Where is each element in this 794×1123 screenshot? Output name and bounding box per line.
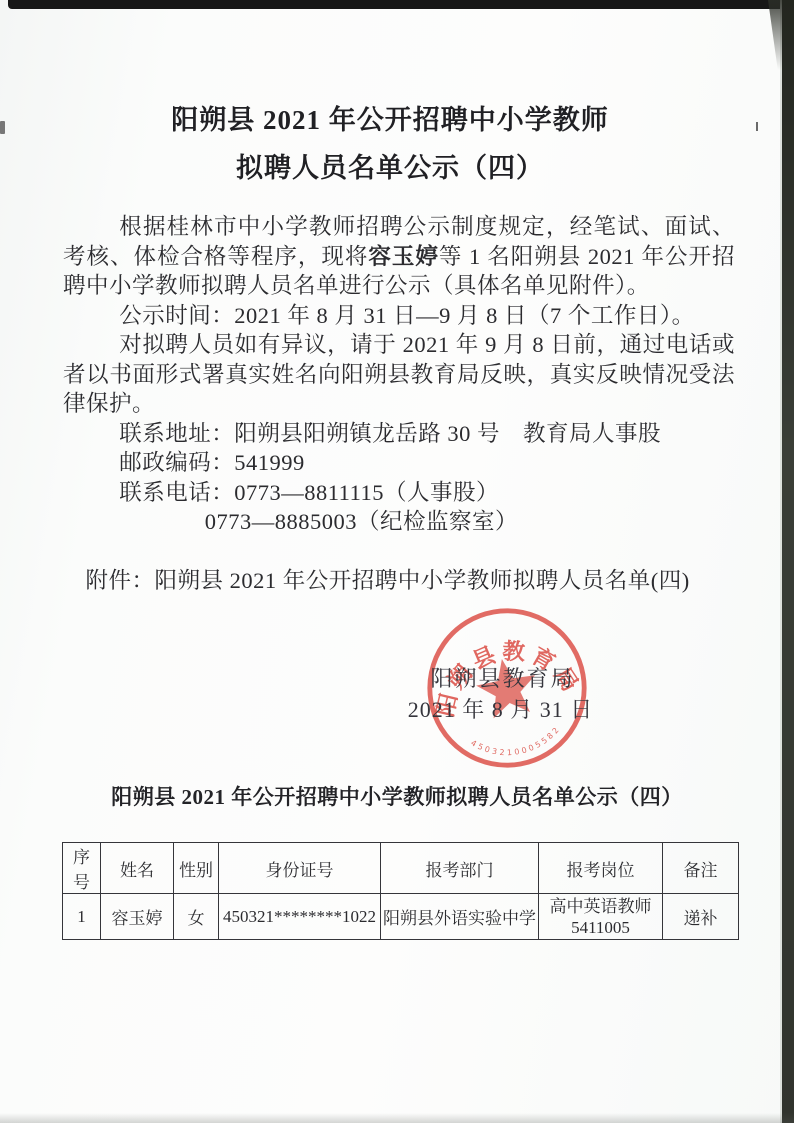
document-title: 阳朔县 2021 年公开招聘中小学教师 拟聘人员名单公示（四） (0, 96, 780, 192)
table-header-row: 序号 姓名 性别 身份证号 报考部门 报考岗位 备注 (63, 843, 739, 894)
attachment-table-title: 阳朔县 2021 年公开招聘中小学教师拟聘人员名单公示（四） (0, 782, 794, 812)
scan-edge-bottom (0, 1113, 794, 1123)
roster-table: 序号 姓名 性别 身份证号 报考部门 报考岗位 备注 1 容玉婷 女 45032… (62, 842, 739, 940)
header-department: 报考部门 (381, 843, 539, 894)
header-id-number: 身份证号 (219, 843, 381, 894)
cell-department: 阳朔县外语实验中学 (381, 894, 539, 940)
table-row: 1 容玉婷 女 450321********1022 阳朔县外语实验中学 高中英… (63, 894, 739, 940)
scanned-document-page: 阳朔县 2021 年公开招聘中小学教师 拟聘人员名单公示（四） 根据桂林市中小学… (0, 0, 794, 1123)
header-position: 报考岗位 (539, 843, 663, 894)
header-name: 姓名 (101, 843, 174, 894)
paragraph-objection: 对拟聘人员如有异议，请于 2021 年 9 月 8 日前，通过电话或者以书面形式… (63, 330, 735, 419)
paragraph-publicity-period: 公示时间：2021 年 8 月 31 日—9 月 8 日（7 个工作日）。 (63, 301, 735, 331)
scan-edge-right (780, 0, 794, 1123)
phone-line-1: 联系电话：0773—8811115（人事股） (63, 478, 735, 508)
scan-edge-right-wedge (768, 0, 782, 70)
header-gender: 性别 (174, 843, 219, 894)
phone-line-2: 0773—8885003（纪检监察室） (63, 507, 735, 537)
header-note: 备注 (663, 843, 739, 894)
cell-seq: 1 (63, 894, 101, 940)
cell-note: 递补 (663, 894, 739, 940)
document-title-line2: 拟聘人员名单公示（四） (0, 144, 780, 192)
cell-position: 高中英语教师 5411005 (539, 894, 663, 940)
signature-date: 2021 年 8 月 31 日 (388, 693, 613, 724)
document-title-line1: 阳朔县 2021 年公开招聘中小学教师 (0, 96, 780, 144)
scan-edge-top (8, 0, 794, 9)
postal-code-line: 邮政编码：541999 (63, 448, 735, 478)
cell-position-code: 5411005 (541, 917, 660, 938)
cell-id-number: 450321********1022 (219, 894, 381, 940)
cell-name: 容玉婷 (101, 894, 174, 940)
document-body: 根据桂林市中小学教师招聘公示制度规定，经笔试、面试、考核、体检合格等程序，现将容… (63, 212, 735, 537)
candidate-name: 容玉婷 (368, 244, 438, 269)
attachment-reference-line: 附件：阳朔县 2021 年公开招聘中小学教师拟聘人员名单(四) (63, 566, 743, 596)
seal-serial-number: 4503210005582 (468, 723, 566, 764)
cell-position-title: 高中英语教师 (541, 896, 660, 917)
paragraph-intro: 根据桂林市中小学教师招聘公示制度规定，经笔试、面试、考核、体检合格等程序，现将容… (63, 212, 735, 301)
cell-gender: 女 (174, 894, 219, 940)
contact-address-line: 联系地址：阳朔县阳朔镇龙岳路 30 号 教育局人事股 (63, 419, 735, 449)
header-seq: 序号 (63, 843, 101, 894)
signature-organization: 阳朔县教育局 (400, 662, 605, 693)
